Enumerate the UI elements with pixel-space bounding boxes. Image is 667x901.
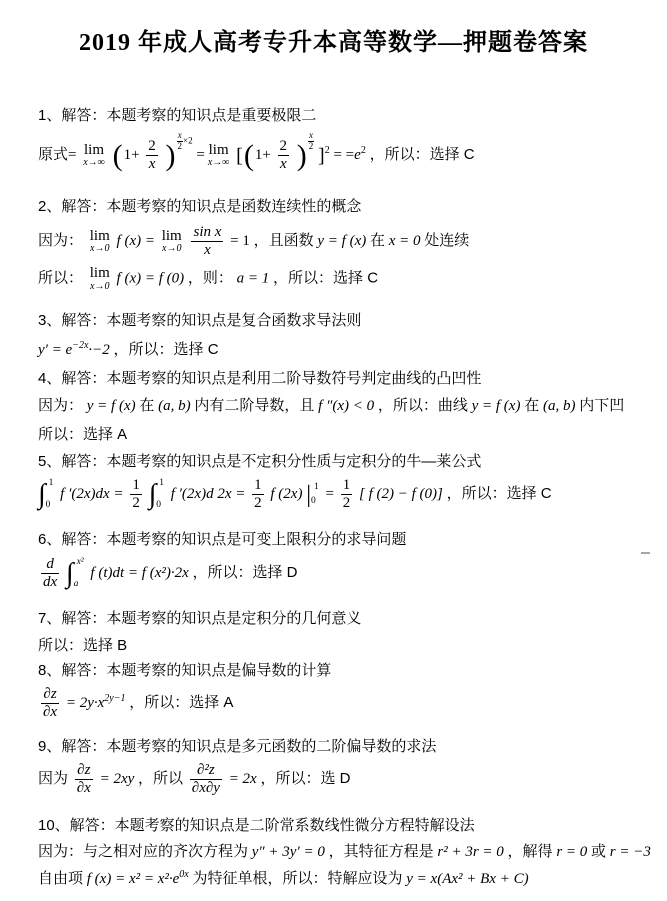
integral-sign: ∫ (149, 479, 157, 510)
big-paren-left: ( (112, 139, 124, 172)
math-term: f (x) = f (0) (117, 271, 185, 287)
equals-sign: = (326, 486, 334, 502)
q4-heading: 4、解答：本题考察的知识点是利用二阶导数符号判定曲线的凸凹性 (38, 370, 481, 389)
q4-line-1: 因为： y = f (x) 在 (a, b) 内有二阶导数，且 f ″(x) <… (38, 397, 624, 416)
body-text: 或 (591, 843, 606, 860)
lim-subscript: x→∞ (83, 158, 105, 169)
body-text: ，则： (188, 270, 233, 287)
fraction: 2x (146, 138, 158, 174)
math-term: [ f (2) − f (0)] (359, 486, 443, 502)
fraction-numerator: 1 (341, 477, 353, 494)
body-text: 在 (524, 397, 539, 414)
answer-text: ，所以：选择 C (370, 146, 475, 163)
q5-formula: ∫10 f ′(2x)dx = 12 ∫10 f ′(2x)d 2x = 12 … (38, 477, 552, 513)
body-text: 自由项 (38, 870, 83, 887)
fraction-numerator: ∂²z (190, 762, 222, 779)
math-term: y = f (x) (87, 398, 136, 414)
answer-text: ，所以：选择 C (273, 270, 378, 287)
fraction-numerator: sin x (191, 224, 223, 241)
math-term: = 2y·x (66, 695, 104, 711)
integral-sign: ∫ (38, 479, 46, 510)
lim-subscript: x→0 (162, 244, 182, 255)
fraction: sin xx (191, 224, 223, 260)
math-term: f ″(x) < 0 (318, 398, 374, 414)
fraction-denominator: 2 (308, 141, 315, 152)
partial-fraction: ∂z∂x (41, 686, 59, 722)
math-term: y″ + 3y′ = 0 (252, 844, 325, 860)
body-text: ，所以 (138, 770, 183, 787)
big-paren-left: ( (243, 139, 255, 172)
body-text: 内下凹 (579, 397, 624, 414)
lim-word: lim (90, 229, 110, 245)
bracket-left: [ (236, 145, 243, 167)
fraction-numerator: 2 (146, 138, 158, 155)
math-term: y = f (x) (317, 233, 366, 249)
q6-heading: 6、解答：本题考察的知识点是可变上限积分的求导问题 (38, 531, 406, 550)
fraction: 12 (252, 477, 264, 513)
math-term: (a, b) (158, 398, 191, 414)
fraction-numerator: 1 (130, 477, 142, 494)
page-title: 2019 年成人高考专升本高等数学—押题卷答案 (0, 22, 667, 57)
upper-bound: 1 (49, 479, 54, 489)
lim-word: lim (162, 229, 182, 245)
fraction-denominator: dx (41, 573, 59, 591)
lim-word: lim (83, 143, 105, 159)
math-term: ·−2 (88, 342, 109, 358)
equals-sign: = = (333, 147, 354, 163)
math-term: x = 0 (389, 233, 421, 249)
math-term: 原式 (38, 146, 68, 163)
fraction-numerator: x (308, 131, 315, 141)
q4-answer: 所以：选择 A (38, 426, 127, 445)
math-term: 1+ (255, 147, 271, 163)
math-term: (a, b) (543, 398, 576, 414)
fraction-denominator: ∂x (75, 779, 93, 797)
fraction-denominator: ∂x∂y (190, 779, 222, 797)
body-text: ，且函数 (254, 232, 314, 249)
q10-line-2: 自由项 f (x) = x² = x²·e0x 为特征单根，所以：特解应设为 y… (38, 869, 529, 889)
lower-bound: 0 (46, 501, 54, 511)
answer-text: ，所以：选 D (260, 770, 350, 787)
label-text: 所以： (38, 270, 83, 287)
answer-text: ，所以：选择 D (193, 564, 298, 581)
q7-answer: 所以：选择 B (38, 637, 127, 656)
exponent: 2 (325, 145, 330, 156)
math-term: y = f (x) (472, 398, 521, 414)
exponent: x2×2 (177, 131, 193, 152)
lower-bound: a (74, 580, 84, 590)
exponent-factor: ×2 (183, 136, 193, 146)
exponent: 2y−1 (104, 693, 125, 704)
q8-formula: ∂z∂x = 2y·x2y−1 ，所以：选择 A (38, 686, 233, 722)
big-paren-right: ) (165, 139, 177, 172)
answer-text: ，所以：选择 C (114, 341, 219, 358)
lower-bound: 0 (156, 501, 164, 511)
q2-formula-1: 因为： limx→0 f (x) = limx→0 sin xx = 1 ，且函… (38, 224, 469, 260)
math-term: r = 0 (556, 844, 587, 860)
fraction-denominator: x (191, 241, 223, 259)
fraction-numerator: ∂z (75, 762, 93, 779)
math-term: r = −3 (610, 844, 651, 860)
fraction: 2x (278, 138, 290, 174)
upper-bound: x² (77, 558, 84, 568)
q6-formula: ddx ∫x²a f (t)dt = f (x²)·2x ，所以：选择 D (38, 556, 298, 592)
integral-bounds: x²a (74, 558, 84, 590)
limit-operator: limx→0 (90, 229, 110, 255)
lim-word: lim (208, 143, 230, 159)
fraction: 12 (341, 477, 353, 513)
fraction-denominator: 2 (252, 494, 264, 512)
math-term: = 2xy (100, 771, 135, 787)
q1-formula: 原式= limx→∞ (1+ 2x )x2×2 =limx→∞ [(1+ 2x … (38, 138, 475, 174)
q10-heading: 10、解答：本题考察的知识点是二阶常系数线性微分方程特解设法 (38, 817, 475, 836)
q9-formula: 因为 ∂z∂x = 2xy ，所以 ∂²z∂x∂y = 2x ，所以：选 D (38, 762, 350, 798)
label-text: 因为： (38, 397, 83, 414)
document-page: { "doc": { "title": "2019 年成人高考专升本高等数学—押… (0, 0, 667, 901)
upper-bound: 1 (159, 479, 164, 489)
integral-bounds: 10 (156, 479, 164, 511)
math-term: y′ = e (38, 342, 72, 358)
bracket-right: ] (318, 145, 325, 167)
page-edge-artifact (641, 552, 650, 554)
fraction-numerator: 2 (278, 138, 290, 155)
lim-subscript: x→∞ (208, 158, 230, 169)
partial-fraction: ∂z∂x (75, 762, 93, 798)
fraction-denominator: x (278, 155, 290, 173)
lim-subscript: x→0 (90, 282, 110, 293)
integral-bounds: 10 (46, 479, 54, 511)
q8-heading: 8、解答：本题考察的知识点是偏导数的计算 (38, 662, 331, 681)
math-term: f (t)dt = f (x²)·2x (90, 565, 188, 581)
label-text: 因为： (38, 232, 83, 249)
lower-bound: 0 (311, 497, 319, 507)
big-paren-right: ) (296, 139, 308, 172)
math-term: f (x) = x² = x²·e (87, 871, 180, 887)
q2-formula-2: 所以： limx→0 f (x) = f (0) ，则： a = 1 ，所以：选… (38, 266, 378, 292)
limit-operator: limx→∞ (83, 143, 105, 169)
math-term: = 2x (229, 771, 257, 787)
lim-word: lim (90, 266, 110, 282)
q1-heading: 1、解答：本题考察的知识点是重要极限二 (38, 107, 316, 126)
lim-subscript: x→0 (90, 244, 110, 255)
exponent: −2x (72, 340, 88, 351)
body-text: 因为 (38, 770, 68, 787)
exponent: 0x (179, 869, 188, 880)
limit-operator: limx→∞ (208, 143, 230, 169)
fraction: 12 (130, 477, 142, 513)
answer-text: ，所以：选择 A (129, 694, 233, 711)
fraction-numerator: ∂z (41, 686, 59, 703)
math-term: a = 1 (237, 271, 270, 287)
math-term: f (2x) (270, 486, 302, 502)
partial-fraction: ∂²z∂x∂y (190, 762, 222, 798)
limit-operator: limx→0 (162, 229, 182, 255)
q5-heading: 5、解答：本题考察的知识点是不定积分性质与定积分的牛—莱公式 (38, 453, 481, 472)
body-text: 处连续 (424, 232, 469, 249)
body-text: 在 (370, 232, 385, 249)
body-text: 在 (139, 397, 154, 414)
q3-heading: 3、解答：本题考察的知识点是复合函数求导法则 (38, 312, 361, 331)
derivative-fraction: ddx (41, 556, 59, 592)
fraction-numerator: 1 (252, 477, 264, 494)
math-term: f ′(2x)d 2x = (171, 486, 246, 502)
fraction-denominator: 2 (341, 494, 353, 512)
integral-sign: ∫ (66, 558, 74, 589)
math-term: y = x(Ax² + Bx + C) (406, 871, 528, 887)
q3-formula: y′ = e−2x·−2 ，所以：选择 C (38, 340, 219, 360)
answer-text: ，所以：选择 C (447, 485, 552, 502)
body-text: 因为：与之相对应的齐次方程为 (38, 843, 248, 860)
limit-operator: limx→0 (90, 266, 110, 292)
fraction-denominator: x (146, 155, 158, 173)
equals-sign: = (196, 147, 204, 163)
exponent: x2 (308, 131, 315, 152)
fraction-denominator: ∂x (41, 703, 59, 721)
q9-heading: 9、解答：本题考察的知识点是多元函数的二阶偏导数的求法 (38, 738, 436, 757)
math-term: r² + 3r = 0 (437, 844, 503, 860)
q10-line-1: 因为：与之相对应的齐次方程为 y″ + 3y′ = 0 ，其特征方程是 r² +… (38, 843, 651, 862)
fraction-denominator: 2 (130, 494, 142, 512)
upper-bound: 1 (314, 483, 319, 493)
equals-sign: = (68, 147, 76, 163)
exponent-fraction: x2 (308, 131, 315, 152)
body-text: ，解得 (508, 843, 553, 860)
math-term: = 1 (230, 233, 250, 249)
fraction-numerator: d (41, 556, 59, 573)
math-term: f ′(2x)dx = (60, 486, 123, 502)
body-text: ，所以：曲线 (378, 397, 468, 414)
body-text: 内有二阶导数，且 (194, 397, 314, 414)
exponent: 2 (361, 145, 366, 156)
math-term: f (x) = (117, 233, 155, 249)
body-text: ，其特征方程是 (329, 843, 434, 860)
evaluation-bounds: 10 (311, 483, 319, 507)
math-term: e (354, 147, 361, 163)
math-term: 1+ (124, 147, 140, 163)
body-text: 为特征单根，所以：特解应设为 (193, 870, 403, 887)
q7-heading: 7、解答：本题考察的知识点是定积分的几何意义 (38, 610, 361, 629)
q2-heading: 2、解答：本题考察的知识点是函数连续性的概念 (38, 198, 361, 217)
